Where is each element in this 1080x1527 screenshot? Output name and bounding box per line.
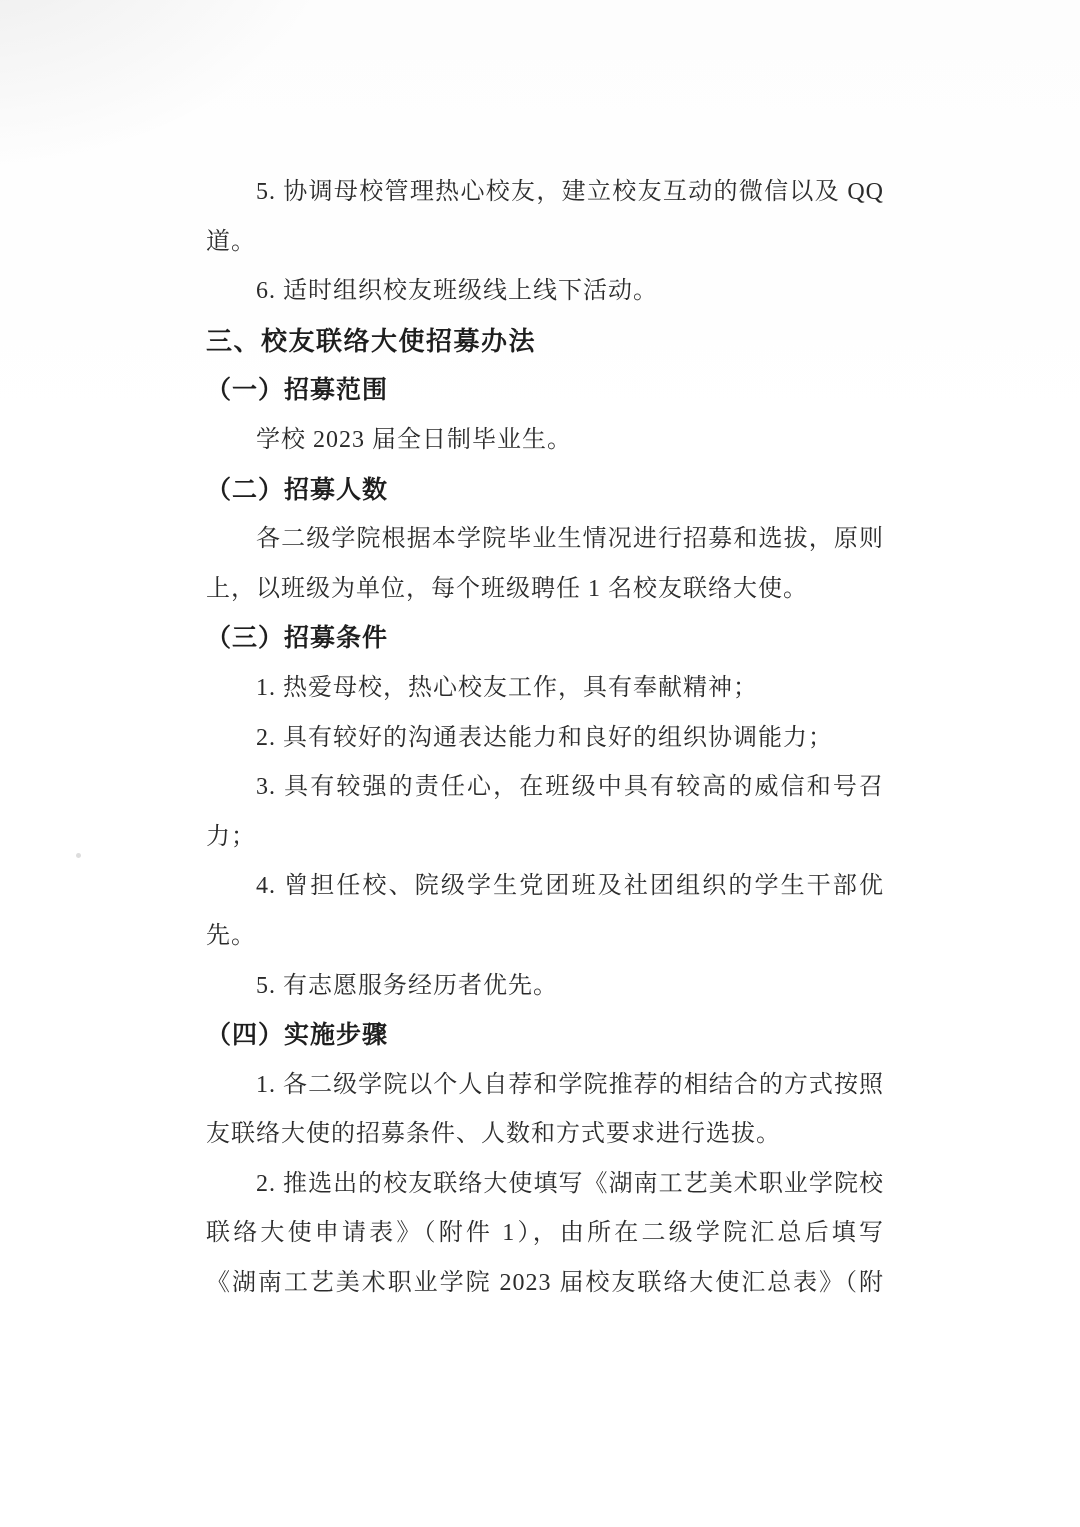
doc-line-count-wrap2: 上，以班级为单位，每个班级聘任 1 名校友联络大使。 bbox=[206, 565, 884, 615]
scan-speck bbox=[76, 853, 81, 858]
doc-line-cond3-wrap2: 力； bbox=[206, 813, 884, 863]
doc-line-step2-wrap2: 联络大使申请表》（附件 1），由所在二级学院汇总后填写 bbox=[206, 1209, 884, 1259]
document-body: 5. 协调母校管理热心校友，建立校友互动的微信以及 QQ 渠 道。 6. 适时组… bbox=[206, 168, 884, 1309]
sub-heading-steps: （四）实施步骤 bbox=[206, 1011, 884, 1061]
sub-heading-recruit-scope: （一）招募范围 bbox=[206, 366, 884, 416]
doc-line-item5-wrap2: 道。 bbox=[206, 218, 884, 268]
doc-line-item6: 6. 适时组织校友班级线上线下活动。 bbox=[206, 267, 884, 317]
section-heading-3: 三、校友联络大使招募办法 bbox=[206, 317, 884, 367]
doc-line-step1-wrap2: 友联络大使的招募条件、人数和方式要求进行选拔。 bbox=[206, 1110, 884, 1160]
doc-line-count-wrap1: 各二级学院根据本学院毕业生情况进行招募和选拔，原则 bbox=[206, 515, 884, 565]
sub-heading-recruit-count: （二）招募人数 bbox=[206, 466, 884, 516]
doc-line-cond4-wrap1: 4. 曾担任校、院级学生党团班及社团组织的学生干部优 bbox=[206, 862, 884, 912]
doc-line-step2-wrap1: 2. 推选出的校友联络大使填写《湖南工艺美术职业学院校友 bbox=[206, 1160, 884, 1210]
doc-line-item5-wrap1: 5. 协调母校管理热心校友，建立校友互动的微信以及 QQ 渠 bbox=[206, 168, 884, 218]
doc-line-cond2: 2. 具有较好的沟通表达能力和良好的组织协调能力； bbox=[206, 714, 884, 764]
doc-line-cond4-wrap2: 先。 bbox=[206, 912, 884, 962]
doc-line-step1-wrap1: 1. 各二级学院以个人自荐和学院推荐的相结合的方式按照校 bbox=[206, 1061, 884, 1111]
doc-line-step2-wrap3: 《湖南工艺美术职业学院 2023 届校友联络大使汇总表》（附件 bbox=[206, 1259, 884, 1309]
doc-line-cond1: 1. 热爱母校，热心校友工作，具有奉献精神； bbox=[206, 664, 884, 714]
doc-line-cond5: 5. 有志愿服务经历者优先。 bbox=[206, 962, 884, 1012]
doc-line-scope-body: 学校 2023 届全日制毕业生。 bbox=[206, 416, 884, 466]
doc-line-cond3-wrap1: 3. 具有较强的责任心，在班级中具有较高的威信和号召 bbox=[206, 763, 884, 813]
document-page: 5. 协调母校管理热心校友，建立校友互动的微信以及 QQ 渠 道。 6. 适时组… bbox=[0, 0, 1080, 1527]
sub-heading-conditions: （三）招募条件 bbox=[206, 614, 884, 664]
